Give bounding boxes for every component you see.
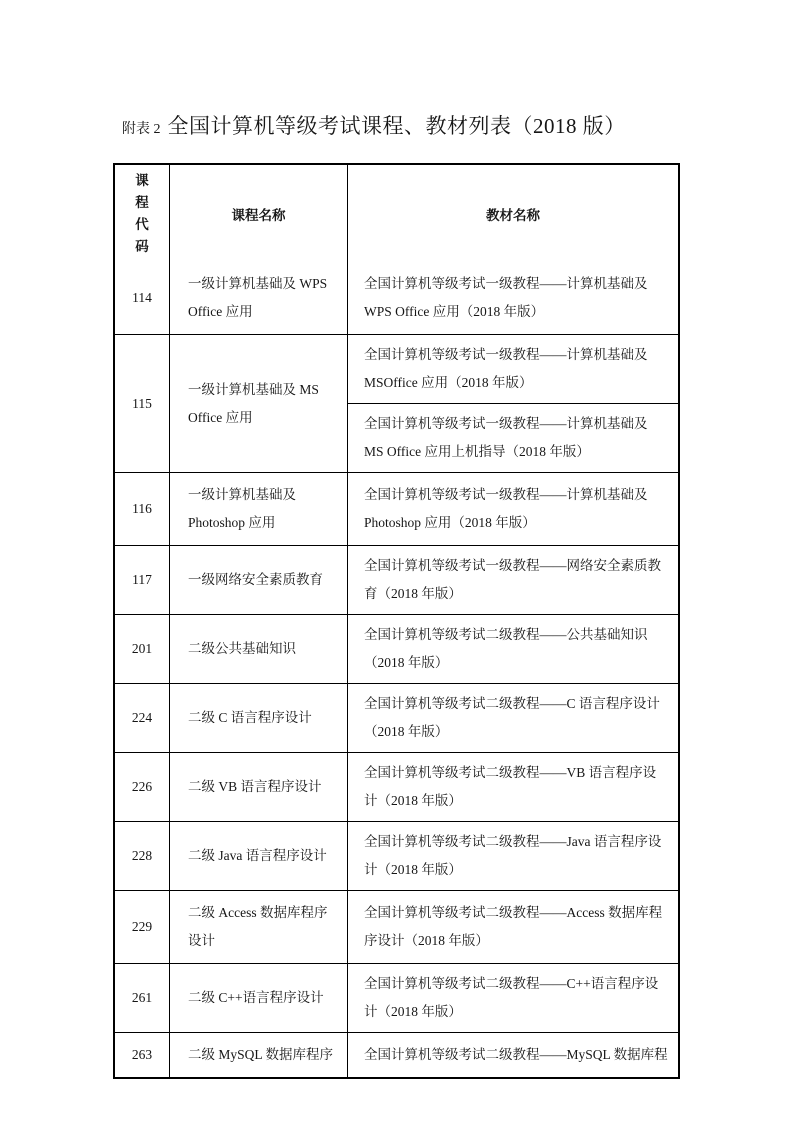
course-code: 263 <box>115 1033 169 1077</box>
textbook-name-text: 全国计算机等级考试二级教程——Java 语言程序设计（2018 年版） <box>364 828 668 884</box>
course-name: 二级 Access 数据库程序设计 <box>169 891 347 963</box>
course-code: 201 <box>115 615 169 683</box>
course-name: 二级 Java 语言程序设计 <box>169 822 347 890</box>
table-row: 114一级计算机基础及 WPS Office 应用全国计算机等级考试一级教程——… <box>115 262 678 334</box>
header-textbook-name-label: 教材名称 <box>486 204 540 224</box>
course-name-text: 一级计算机基础及 WPS Office 应用 <box>188 270 337 326</box>
course-code: 224 <box>115 684 169 752</box>
table-row: 116一级计算机基础及 Photoshop 应用全国计算机等级考试一级教程——计… <box>115 472 678 545</box>
course-name-text: 二级 VB 语言程序设计 <box>188 773 322 801</box>
table-row: 229二级 Access 数据库程序设计全国计算机等级考试二级教程——Acces… <box>115 890 678 963</box>
textbook-list: 全国计算机等级考试二级教程——公共基础知识（2018 年版） <box>347 615 678 683</box>
textbook-name-text: 全国计算机等级考试一级教程——计算机基础及 WPS Office 应用（2018… <box>364 270 668 326</box>
textbook-name-text: 全国计算机等级考试二级教程——MySQL 数据库程 <box>364 1041 668 1069</box>
table-row: 228二级 Java 语言程序设计全国计算机等级考试二级教程——Java 语言程… <box>115 821 678 890</box>
textbook-name: 全国计算机等级考试二级教程——VB 语言程序设计（2018 年版） <box>348 753 678 821</box>
header-course-name-label: 课程名称 <box>232 204 286 224</box>
table-row: 263二级 MySQL 数据库程序全国计算机等级考试二级教程——MySQL 数据… <box>115 1032 678 1077</box>
document-page: 附表 2全国计算机等级考试课程、教材列表（2018 版） 课程代码 课程名称 教… <box>0 0 793 1122</box>
textbook-list: 全国计算机等级考试二级教程——C 语言程序设计（2018 年版） <box>347 684 678 752</box>
course-name: 一级网络安全素质教育 <box>169 546 347 614</box>
textbook-name-text: 全国计算机等级考试二级教程——VB 语言程序设计（2018 年版） <box>364 759 668 815</box>
course-name-text: 一级计算机基础及 MS Office 应用 <box>188 376 337 432</box>
textbook-name: 全国计算机等级考试一级教程——计算机基础及 WPS Office 应用（2018… <box>348 262 678 334</box>
course-name-text: 二级 C 语言程序设计 <box>188 704 312 732</box>
textbook-list: 全国计算机等级考试二级教程——Java 语言程序设计（2018 年版） <box>347 822 678 890</box>
textbook-name-text: 全国计算机等级考试二级教程——C++语言程序设计（2018 年版） <box>364 970 668 1026</box>
header-course-code-label: 课程代码 <box>135 170 150 258</box>
textbook-list: 全国计算机等级考试一级教程——计算机基础及 MSOffice 应用（2018 年… <box>347 335 678 472</box>
course-code: 261 <box>115 964 169 1032</box>
table-row: 261二级 C++语言程序设计全国计算机等级考试二级教程——C++语言程序设计（… <box>115 963 678 1032</box>
header-course-name: 课程名称 <box>169 165 347 262</box>
course-name: 一级计算机基础及 MS Office 应用 <box>169 335 347 472</box>
header-course-code: 课程代码 <box>115 165 169 262</box>
title-prefix: 附表 2 <box>122 122 161 137</box>
course-name: 二级公共基础知识 <box>169 615 347 683</box>
course-name-text: 二级 C++语言程序设计 <box>188 984 324 1012</box>
textbook-list: 全国计算机等级考试一级教程——计算机基础及 Photoshop 应用（2018 … <box>347 473 678 545</box>
course-name: 二级 VB 语言程序设计 <box>169 753 347 821</box>
table-row: 226二级 VB 语言程序设计全国计算机等级考试二级教程——VB 语言程序设计（… <box>115 752 678 821</box>
course-name: 二级 MySQL 数据库程序 <box>169 1033 347 1077</box>
textbook-name-text: 全国计算机等级考试二级教程——公共基础知识（2018 年版） <box>364 621 668 677</box>
textbook-name-text: 全国计算机等级考试二级教程——C 语言程序设计（2018 年版） <box>364 690 668 746</box>
course-name-text: 一级网络安全素质教育 <box>188 566 323 594</box>
textbook-name-text: 全国计算机等级考试二级教程——Access 数据库程序设计（2018 年版） <box>364 899 668 955</box>
table-row: 201二级公共基础知识全国计算机等级考试二级教程——公共基础知识（2018 年版… <box>115 614 678 683</box>
table-row: 224二级 C 语言程序设计全国计算机等级考试二级教程——C 语言程序设计（20… <box>115 683 678 752</box>
textbook-name-text: 全国计算机等级考试一级教程——网络安全素质教育（2018 年版） <box>364 552 668 608</box>
textbook-name: 全国计算机等级考试二级教程——公共基础知识（2018 年版） <box>348 615 678 683</box>
textbook-list: 全国计算机等级考试二级教程——C++语言程序设计（2018 年版） <box>347 964 678 1032</box>
course-code: 115 <box>115 335 169 472</box>
textbook-list: 全国计算机等级考试二级教程——MySQL 数据库程 <box>347 1033 678 1077</box>
title-main: 全国计算机等级考试课程、教材列表（2018 版） <box>168 114 626 138</box>
course-code: 226 <box>115 753 169 821</box>
textbook-name: 全国计算机等级考试二级教程——Java 语言程序设计（2018 年版） <box>348 822 678 890</box>
course-name-text: 二级 Access 数据库程序设计 <box>188 899 337 955</box>
textbook-list: 全国计算机等级考试二级教程——VB 语言程序设计（2018 年版） <box>347 753 678 821</box>
page-title: 附表 2全国计算机等级考试课程、教材列表（2018 版） <box>122 110 626 140</box>
textbook-name: 全国计算机等级考试一级教程——计算机基础及 MS Office 应用上机指导（2… <box>348 403 678 472</box>
course-table: 课程代码 课程名称 教材名称 114一级计算机基础及 WPS Office 应用… <box>113 163 680 1079</box>
textbook-name-text: 全国计算机等级考试一级教程——计算机基础及 MSOffice 应用（2018 年… <box>364 341 668 397</box>
header-textbook-name: 教材名称 <box>347 165 678 262</box>
textbook-name: 全国计算机等级考试一级教程——网络安全素质教育（2018 年版） <box>348 546 678 614</box>
course-code: 116 <box>115 473 169 545</box>
textbook-name: 全国计算机等级考试二级教程——Access 数据库程序设计（2018 年版） <box>348 891 678 963</box>
course-name: 一级计算机基础及 WPS Office 应用 <box>169 262 347 334</box>
course-name-text: 一级计算机基础及 Photoshop 应用 <box>188 481 337 537</box>
textbook-list: 全国计算机等级考试二级教程——Access 数据库程序设计（2018 年版） <box>347 891 678 963</box>
course-name-text: 二级 MySQL 数据库程序 <box>188 1041 333 1069</box>
textbook-name: 全国计算机等级考试二级教程——C++语言程序设计（2018 年版） <box>348 964 678 1032</box>
textbook-name: 全国计算机等级考试二级教程——C 语言程序设计（2018 年版） <box>348 684 678 752</box>
table-body: 114一级计算机基础及 WPS Office 应用全国计算机等级考试一级教程——… <box>115 262 678 1077</box>
course-code: 228 <box>115 822 169 890</box>
textbook-name: 全国计算机等级考试一级教程——计算机基础及 Photoshop 应用（2018 … <box>348 473 678 545</box>
course-code: 117 <box>115 546 169 614</box>
table-row: 115一级计算机基础及 MS Office 应用全国计算机等级考试一级教程——计… <box>115 334 678 472</box>
course-name-text: 二级 Java 语言程序设计 <box>188 842 327 870</box>
textbook-list: 全国计算机等级考试一级教程——计算机基础及 WPS Office 应用（2018… <box>347 262 678 334</box>
course-name: 二级 C 语言程序设计 <box>169 684 347 752</box>
textbook-name-text: 全国计算机等级考试一级教程——计算机基础及 MS Office 应用上机指导（2… <box>364 410 668 466</box>
course-code: 114 <box>115 262 169 334</box>
course-name-text: 二级公共基础知识 <box>188 635 296 663</box>
course-name: 二级 C++语言程序设计 <box>169 964 347 1032</box>
course-name: 一级计算机基础及 Photoshop 应用 <box>169 473 347 545</box>
textbook-name: 全国计算机等级考试一级教程——计算机基础及 MSOffice 应用（2018 年… <box>348 335 678 403</box>
textbook-name-text: 全国计算机等级考试一级教程——计算机基础及 Photoshop 应用（2018 … <box>364 481 668 537</box>
textbook-list: 全国计算机等级考试一级教程——网络安全素质教育（2018 年版） <box>347 546 678 614</box>
course-code: 229 <box>115 891 169 963</box>
textbook-name: 全国计算机等级考试二级教程——MySQL 数据库程 <box>348 1033 678 1077</box>
table-header-row: 课程代码 课程名称 教材名称 <box>115 165 678 262</box>
table-row: 117一级网络安全素质教育全国计算机等级考试一级教程——网络安全素质教育（201… <box>115 545 678 614</box>
